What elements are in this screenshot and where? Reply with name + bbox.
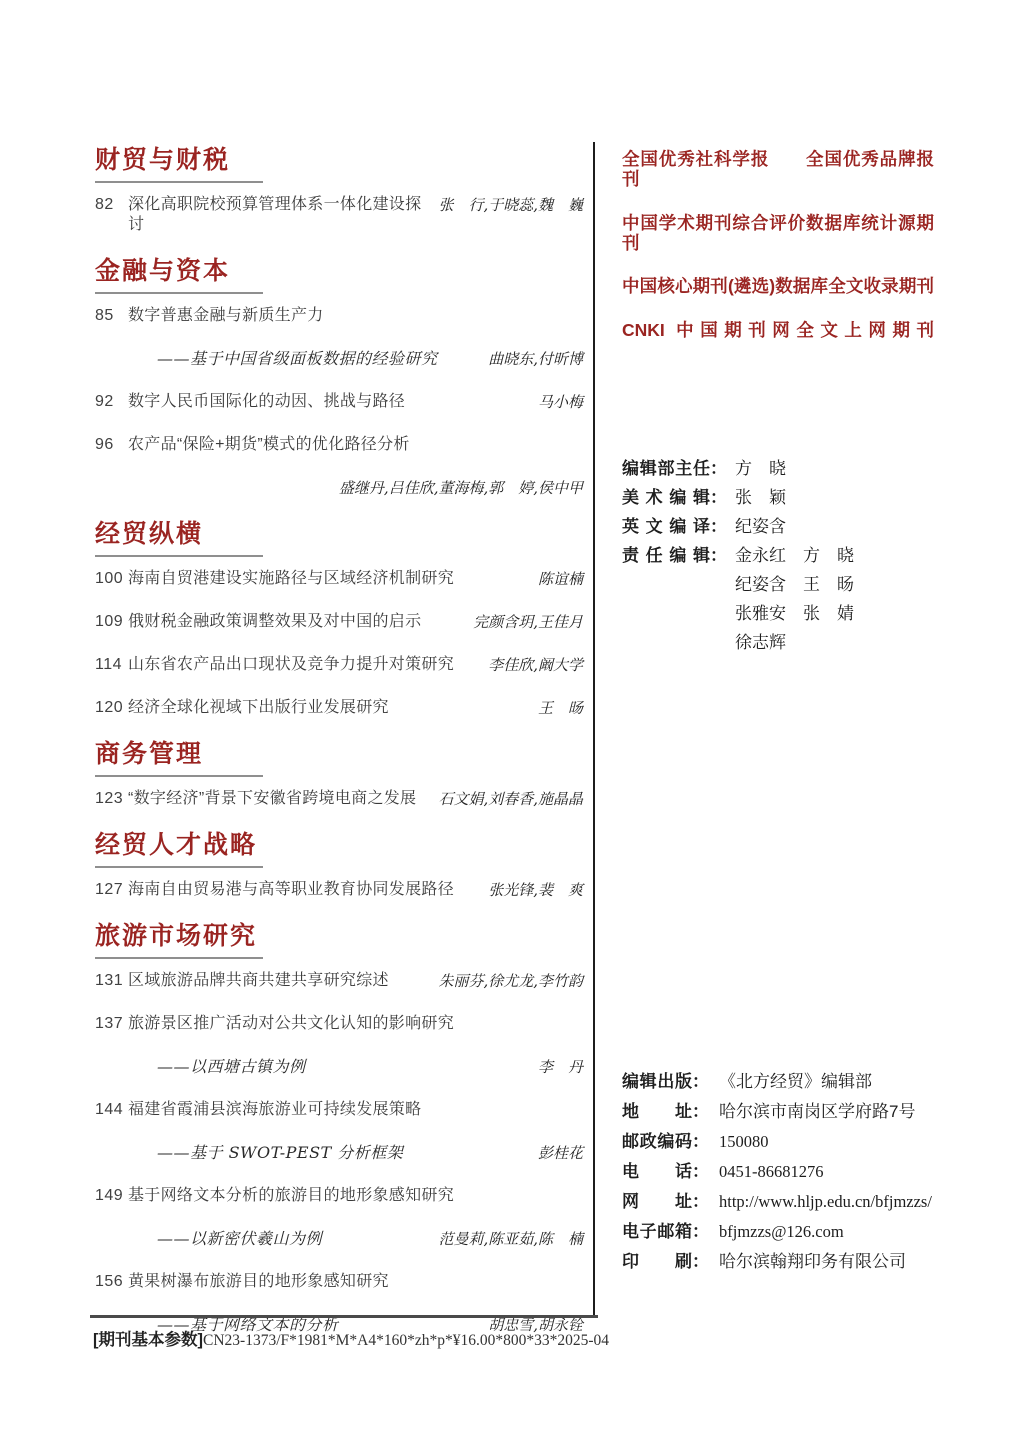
toc-entry-row: 100海南自贸港建设实施路径与区域经济机制研究陈谊楠: [95, 569, 595, 589]
entry-title: 深化高职院校预算管理体系一体化建设探讨: [128, 195, 426, 235]
entry-page-number: 120: [95, 698, 128, 718]
publisher-field-value: bfjmzzs@126.com: [719, 1217, 844, 1247]
staff-row: 英文编译：纪姿含: [622, 512, 952, 541]
staff-row: 美术编辑：张 颖: [622, 483, 952, 512]
page: 财贸与财税82深化高职院校预算管理体系一体化建设探讨张 行,于晓蕊,魏 巍金融与…: [0, 0, 1024, 1436]
entry-page-number: 92: [95, 392, 128, 412]
section-underline: [95, 181, 263, 183]
staff-role-label: 英文编译: [622, 512, 710, 541]
toc-entry-row: 123“数字经济”背景下安徽省跨境电商之发展石文娟,刘春香,施晶晶: [95, 789, 595, 809]
publisher-field-label: 电话: [622, 1157, 692, 1187]
section-underline: [95, 957, 263, 959]
toc-entry-row: 127海南自由贸易港与高等职业教育协同发展路径张光锋,裴 爽: [95, 880, 595, 900]
entry-title: 农产品“保险+期货”模式的优化路径分析: [128, 435, 583, 455]
publisher-colon: ：: [692, 1097, 709, 1127]
section-title: 经贸人才战略: [95, 832, 595, 858]
toc-entry-row: 85数字普惠金融与新质生产力: [95, 306, 595, 326]
publisher-block: 编辑出版：《北方经贸》编辑部地址：哈尔滨市南岗区学府路7号邮政编码：150080…: [622, 1067, 962, 1277]
toc-entry-row: 131区域旅游品牌共商共建共享研究综述朱丽芬,徐尤龙,李竹韵: [95, 971, 595, 991]
info-column: 全国优秀社科学报 全国优秀品牌报刊中国学术期刊综合评价数据库统计源期刊中国核心期…: [622, 149, 934, 1329]
accolade-line: CNKI 中国期刊网全文上网期刊: [622, 320, 934, 340]
publisher-row: 编辑出版：《北方经贸》编辑部: [622, 1067, 962, 1097]
staff-names: 方 晓: [735, 454, 786, 483]
publisher-field-label: 电子邮箱: [622, 1217, 692, 1247]
publisher-row: 电子邮箱：bfjmzzs@126.com: [622, 1217, 962, 1247]
publisher-field-value: 哈尔滨翰翔印务有限公司: [719, 1247, 906, 1277]
publisher-colon: ：: [692, 1067, 709, 1097]
staff-colon: ：: [710, 512, 727, 541]
entry-title: 海南自贸港建设实施路径与区域经济机制研究: [128, 569, 526, 589]
journal-parameters-label: [期刊基本参数]: [93, 1331, 203, 1349]
section-title: 旅游市场研究: [95, 923, 595, 949]
toc-authors-row: 盛继丹,吕佳欣,董海梅,郭 婷,侯中甲: [95, 478, 595, 498]
staff-name: 张 颖: [735, 483, 786, 512]
footer-rule: [90, 1315, 598, 1318]
staff-name: 张雅安 张 婧: [735, 599, 854, 628]
entry-authors: 朱丽芬,徐尤龙,李竹韵: [426, 971, 583, 991]
publisher-field-label: 邮政编码: [622, 1127, 692, 1157]
staff-names: 纪姿含: [735, 512, 786, 541]
entry-authors: 王 旸: [526, 698, 583, 718]
toc-section: 金融与资本85数字普惠金融与新质生产力——基于中国省级面板数据的经验研究曲晓东,…: [95, 258, 595, 498]
toc-entry-row: 109俄财税金融政策调整效果及对中国的启示完颜含玥,王佳月: [95, 612, 595, 632]
entry-subtitle: ——基于中国省级面板数据的经验研究: [157, 349, 438, 369]
entry-title: 黄果树瀑布旅游目的地形象感知研究: [128, 1272, 583, 1292]
section-underline: [95, 775, 263, 777]
entry-authors: 马小梅: [526, 392, 583, 412]
staff-role-label: 美术编辑: [622, 483, 710, 512]
section-title: 财贸与财税: [95, 147, 595, 173]
staff-row: 责任编辑：金永红 方 晓纪姿含 王 旸张雅安 张 婧徐志辉: [622, 541, 952, 657]
entry-title: 福建省霞浦县滨海旅游业可持续发展策略: [128, 1100, 583, 1120]
toc-column: 财贸与财税82深化高职院校预算管理体系一体化建设探讨张 行,于晓蕊,魏 巍金融与…: [95, 147, 595, 1358]
entry-authors: 张光锋,裴 爽: [476, 880, 583, 900]
toc-entry-row: 149基于网络文本分析的旅游目的地形象感知研究: [95, 1186, 595, 1206]
publisher-row: 地址：哈尔滨市南岗区学府路7号: [622, 1097, 962, 1127]
entry-page-number: 96: [95, 435, 128, 455]
toc-entry-row: 120经济全球化视域下出版行业发展研究王 旸: [95, 698, 595, 718]
publisher-field-value: 0451-86681276: [719, 1157, 824, 1187]
entry-authors: 曲晓东,付昕博: [476, 349, 583, 369]
accolade-line: 全国优秀社科学报 全国优秀品牌报刊: [622, 149, 934, 189]
entry-title: 山东省农产品出口现状及竞争力提升对策研究: [128, 655, 476, 675]
entry-page-number: 144: [95, 1100, 128, 1120]
toc-entry-row: 114山东省农产品出口现状及竞争力提升对策研究李佳欣,阚大学: [95, 655, 595, 675]
staff-names: 金永红 方 晓纪姿含 王 旸张雅安 张 婧徐志辉: [735, 541, 854, 657]
toc-entry-row: 137旅游景区推广活动对公共文化认知的影响研究: [95, 1014, 595, 1034]
toc-section: 财贸与财税82深化高职院校预算管理体系一体化建设探讨张 行,于晓蕊,魏 巍: [95, 147, 595, 235]
toc-entry-row: 82深化高职院校预算管理体系一体化建设探讨张 行,于晓蕊,魏 巍: [95, 195, 595, 235]
column-divider: [593, 142, 595, 1316]
publisher-row: 印刷：哈尔滨翰翔印务有限公司: [622, 1247, 962, 1277]
toc-section: 经贸人才战略127海南自由贸易港与高等职业教育协同发展路径张光锋,裴 爽: [95, 832, 595, 900]
entry-page-number: 85: [95, 306, 128, 326]
entry-page-number: 82: [95, 195, 128, 215]
toc-entry-row: 96农产品“保险+期货”模式的优化路径分析: [95, 435, 595, 455]
staff-row: 编辑部主任：方 晓: [622, 454, 952, 483]
entry-title: 区域旅游品牌共商共建共享研究综述: [128, 971, 426, 991]
entry-title: 俄财税金融政策调整效果及对中国的启示: [128, 612, 461, 632]
publisher-field-value: 《北方经贸》编辑部: [719, 1067, 872, 1097]
entry-page-number: 127: [95, 880, 128, 900]
publisher-row: 邮政编码：150080: [622, 1127, 962, 1157]
entry-authors: 李 丹: [526, 1057, 583, 1077]
editorial-staff-block: 编辑部主任：方 晓美术编辑：张 颖英文编译：纪姿含责任编辑：金永红 方 晓纪姿含…: [622, 454, 952, 657]
publisher-field-value: 哈尔滨市南岗区学府路7号: [719, 1097, 915, 1127]
staff-name: 纪姿含 王 旸: [735, 570, 854, 599]
entry-page-number: 123: [95, 789, 128, 809]
entry-page-number: 149: [95, 1186, 128, 1206]
entry-title: 数字人民币国际化的动因、挑战与路径: [128, 392, 526, 412]
entry-authors: 盛继丹,吕佳欣,董海梅,郭 婷,侯中甲: [327, 478, 583, 498]
staff-colon: ：: [710, 483, 727, 512]
publisher-field-label: 网址: [622, 1187, 692, 1217]
entry-subtitle: ——以新密伏羲山为例: [157, 1229, 322, 1249]
entry-authors: 李佳欣,阚大学: [476, 655, 583, 675]
staff-name: 方 晓: [735, 454, 786, 483]
staff-colon: ：: [710, 541, 727, 570]
publisher-field-value: http://www.hljp.edu.cn/bfjmzzs/: [719, 1187, 932, 1217]
staff-name: 金永红 方 晓: [735, 541, 854, 570]
publisher-field-label: 地址: [622, 1097, 692, 1127]
publisher-colon: ：: [692, 1157, 709, 1187]
staff-role-label: 编辑部主任: [622, 454, 710, 483]
publisher-colon: ：: [692, 1187, 709, 1217]
toc-entry-row: 92数字人民币国际化的动因、挑战与路径马小梅: [95, 392, 595, 412]
publisher-field-label: 印刷: [622, 1247, 692, 1277]
entry-authors: 张 行,于晓蕊,魏 巍: [426, 195, 583, 215]
publisher-row: 网址：http://www.hljp.edu.cn/bfjmzzs/: [622, 1187, 962, 1217]
staff-name: 纪姿含: [735, 512, 786, 541]
staff-names: 张 颖: [735, 483, 786, 512]
toc-entry-row: 156黄果树瀑布旅游目的地形象感知研究: [95, 1272, 595, 1292]
entry-title: 海南自由贸易港与高等职业教育协同发展路径: [128, 880, 476, 900]
entry-authors: 完颜含玥,王佳月: [461, 612, 583, 632]
entry-authors: 石文娟,刘春香,施晶晶: [426, 789, 583, 809]
entry-authors: 陈谊楠: [526, 569, 583, 589]
entry-title: 基于网络文本分析的旅游目的地形象感知研究: [128, 1186, 583, 1206]
toc-subtitle-row: ——以西塘古镇为例李 丹: [95, 1057, 595, 1077]
toc-subtitle-row: ——基于 SWOT-PEST 分析框架彭桂花: [95, 1143, 595, 1163]
entry-page-number: 109: [95, 612, 128, 632]
staff-colon: ：: [710, 454, 727, 483]
journal-parameters-value: CN23-1373/F*1981*M*A4*160*zh*p*¥16.00*80…: [203, 1332, 609, 1349]
toc-section: 经贸纵横100海南自贸港建设实施路径与区域经济机制研究陈谊楠109俄财税金融政策…: [95, 521, 595, 718]
entry-title: “数字经济”背景下安徽省跨境电商之发展: [128, 789, 426, 809]
staff-role-label: 责任编辑: [622, 541, 710, 570]
entry-page-number: 100: [95, 569, 128, 589]
entry-subtitle: ——基于 SWOT-PEST 分析框架: [157, 1143, 403, 1163]
publisher-colon: ：: [692, 1247, 709, 1277]
accolade-line: 中国学术期刊综合评价数据库统计源期刊: [622, 213, 934, 253]
publisher-field-label: 编辑出版: [622, 1067, 692, 1097]
toc-section: 旅游市场研究131区域旅游品牌共商共建共享研究综述朱丽芬,徐尤龙,李竹韵137旅…: [95, 923, 595, 1335]
section-title: 商务管理: [95, 741, 595, 767]
entry-authors: 范曼莉,陈亚茹,陈 楠: [426, 1229, 583, 1249]
entry-authors: 彭桂花: [526, 1143, 583, 1163]
entry-subtitle: ——以西塘古镇为例: [157, 1057, 306, 1077]
entry-page-number: 131: [95, 971, 128, 991]
staff-name: 徐志辉: [735, 628, 854, 657]
accolades-block: 全国优秀社科学报 全国优秀品牌报刊中国学术期刊综合评价数据库统计源期刊中国核心期…: [622, 149, 934, 340]
accolade-line: 中国核心期刊(遴选)数据库全文收录期刊: [622, 276, 934, 296]
journal-parameters: [期刊基本参数]CN23-1373/F*1981*M*A4*160*zh*p*¥…: [93, 1326, 609, 1350]
section-title: 金融与资本: [95, 258, 595, 284]
toc-section: 商务管理123“数字经济”背景下安徽省跨境电商之发展石文娟,刘春香,施晶晶: [95, 741, 595, 809]
publisher-colon: ：: [692, 1127, 709, 1157]
section-underline: [95, 555, 263, 557]
publisher-row: 电话：0451-86681276: [622, 1157, 962, 1187]
publisher-colon: ：: [692, 1217, 709, 1247]
entry-page-number: 137: [95, 1014, 128, 1034]
section-title: 经贸纵横: [95, 521, 595, 547]
section-underline: [95, 866, 263, 868]
toc-entry-row: 144福建省霞浦县滨海旅游业可持续发展策略: [95, 1100, 595, 1120]
entry-title: 旅游景区推广活动对公共文化认知的影响研究: [128, 1014, 583, 1034]
entry-title: 数字普惠金融与新质生产力: [128, 306, 583, 326]
entry-page-number: 114: [95, 655, 128, 675]
toc-subtitle-row: ——基于中国省级面板数据的经验研究曲晓东,付昕博: [95, 349, 595, 369]
entry-page-number: 156: [95, 1272, 128, 1292]
entry-title: 经济全球化视域下出版行业发展研究: [128, 698, 526, 718]
section-underline: [95, 292, 263, 294]
toc-subtitle-row: ——以新密伏羲山为例范曼莉,陈亚茹,陈 楠: [95, 1229, 595, 1249]
publisher-field-value: 150080: [719, 1127, 769, 1157]
